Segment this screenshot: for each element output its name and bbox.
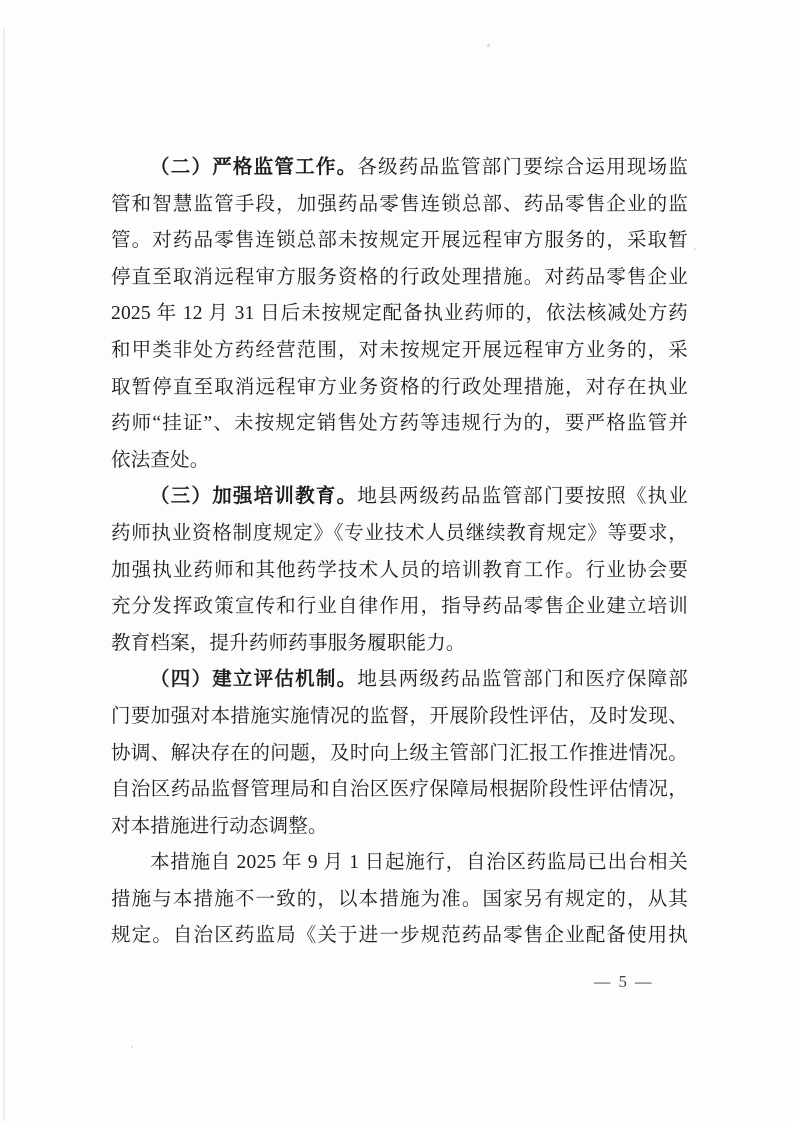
text-line: 自治区药品监督管理局和自治区医疗保障局根据阶段性评估情况， xyxy=(111,772,688,809)
text-line: 2025 年 12 月 31 日后未按规定配备执业药师的，依法核减处方药 xyxy=(111,296,688,333)
text-line: 充分发挥政策宣传和行业自律作用，指导药品零售企业建立培训 xyxy=(111,589,688,626)
paragraph-heading: （三）加强培训教育。 xyxy=(150,486,357,507)
paragraph-text: 本措施自 2025 年 9 月 1 日起施行，自治区药监局已出台相关 xyxy=(150,852,688,873)
scan-speck xyxy=(131,1046,133,1048)
paragraph-effective-date: 本措施自 2025 年 9 月 1 日起施行，自治区药监局已出台相关 措施与本措… xyxy=(111,845,688,955)
scan-edge-artifact xyxy=(3,28,5,1121)
text-line: 停直至取消远程审方服务资格的行政处理措施。对药品零售企业 xyxy=(111,260,688,297)
paragraph-text: 各级药品监管部门要综合运用现场监 xyxy=(357,157,688,178)
scan-speck xyxy=(694,248,696,250)
text-line: 药师“挂证”、未按规定销售处方药等违规行为的，要严格监管并 xyxy=(111,406,688,443)
text-line: （二）严格监管工作。各级药品监管部门要综合运用现场监 xyxy=(111,150,688,187)
text-line: 本措施自 2025 年 9 月 1 日起施行，自治区药监局已出台相关 xyxy=(111,845,688,882)
paragraph-text: 地县两级药品监管部门要按照《执业 xyxy=(357,486,688,507)
paragraph-section-2: （二）严格监管工作。各级药品监管部门要综合运用现场监 管和智慧监管手段，加强药品… xyxy=(111,150,688,479)
text-line: 和甲类非处方药经营范围，对未按规定开展远程审方业务的，采 xyxy=(111,333,688,370)
paragraph-heading: （二）严格监管工作。 xyxy=(150,157,357,178)
text-line: 药师执业资格制度规定》《专业技术人员继续教育规定》等要求， xyxy=(111,516,688,553)
text-line: 协调、解决存在的问题，及时向上级主管部门汇报工作推进情况。 xyxy=(111,736,688,773)
text-line: 管和智慧监管手段，加强药品零售连锁总部、药品零售企业的监 xyxy=(111,187,688,224)
paragraph-text: 地县两级药品监管部门和医疗保障部 xyxy=(357,669,688,690)
paragraph-section-3: （三）加强培训教育。地县两级药品监管部门要按照《执业 药师执业资格制度规定》《专… xyxy=(111,479,688,662)
paragraph-heading: （四）建立评估机制。 xyxy=(150,669,357,690)
text-line: 措施与本措施不一致的，以本措施为准。国家另有规定的，从其 xyxy=(111,882,688,919)
paragraph-section-4: （四）建立评估机制。地县两级药品监管部门和医疗保障部 门要加强对本措施实施情况的… xyxy=(111,662,688,845)
text-line: 对本措施进行动态调整。 xyxy=(111,809,688,846)
scan-speck xyxy=(487,44,490,47)
text-line: 加强执业药师和其他药学技术人员的培训教育工作。行业协会要 xyxy=(111,553,688,590)
text-line: 门要加强对本措施实施情况的监督，开展阶段性评估，及时发现、 xyxy=(111,699,688,736)
page-number: — 5 — xyxy=(594,972,654,992)
text-line: 管。对药品零售连锁总部未按规定开展远程审方服务的，采取暂 xyxy=(111,223,688,260)
text-line: 依法查处。 xyxy=(111,443,688,480)
document-text-block: （二）严格监管工作。各级药品监管部门要综合运用现场监 管和智慧监管手段，加强药品… xyxy=(111,150,688,955)
text-line: （四）建立评估机制。地县两级药品监管部门和医疗保障部 xyxy=(111,662,688,699)
text-line: 规定。自治区药监局《关于进一步规范药品零售企业配备使用执 xyxy=(111,918,688,955)
text-line: （三）加强培训教育。地县两级药品监管部门要按照《执业 xyxy=(111,479,688,516)
text-line: 取暂停直至取消远程审方业务资格的行政处理措施，对存在执业 xyxy=(111,370,688,407)
text-line: 教育档案，提升药师药事服务履职能力。 xyxy=(111,626,688,663)
